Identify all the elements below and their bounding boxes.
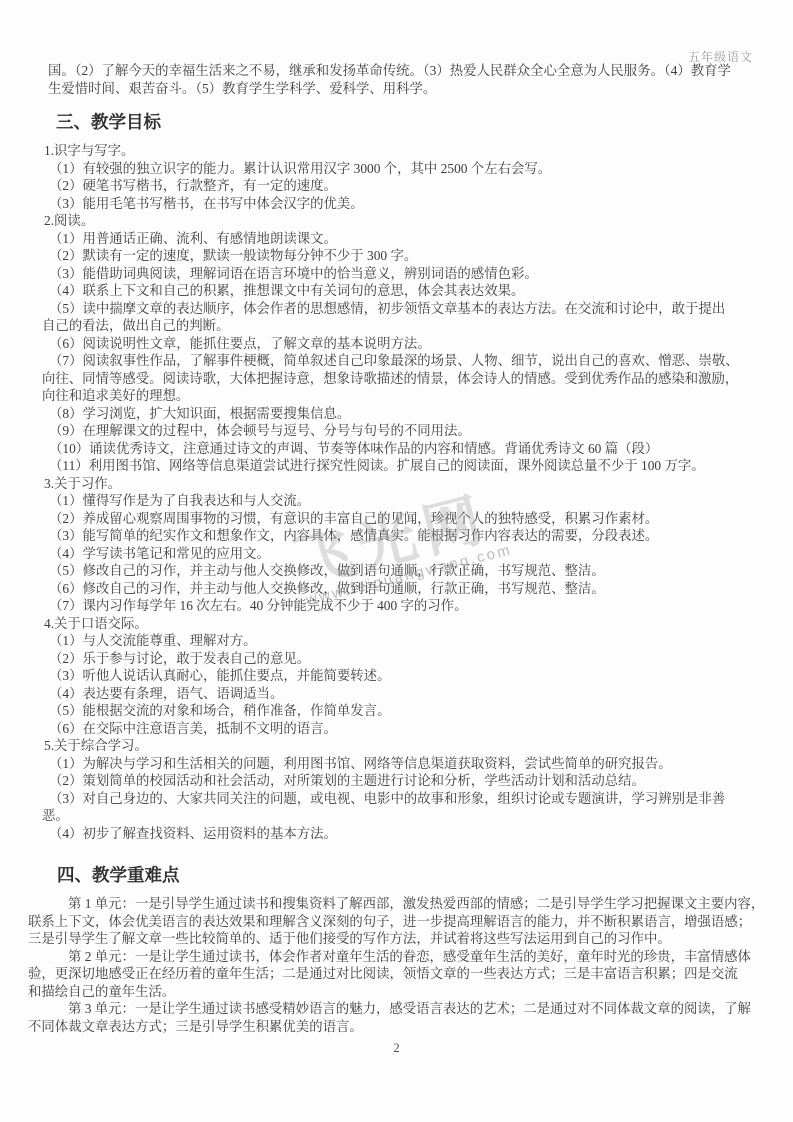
text-line: 1.识字与写字。 [42, 142, 765, 160]
text-line: （1）用普通话正确、流利、有感情地朗读课文。 [42, 230, 765, 248]
document-page: 五年级语文 国。（2）了解今天的幸福生活来之不易，继承和发扬革命传统。（3）热爱… [0, 0, 793, 1122]
text-line: （3）能用毛笔书写楷书，在书写中体会汉字的优美。 [42, 195, 765, 213]
text-line: （7）课内习作每学年 16 次左右。40 分钟能完成不少于 400 字的习作。 [42, 597, 765, 615]
text-line: （1）有较强的独立识字的能力。累计认识常用汉字 3000 个，其中 2500 个… [42, 160, 765, 178]
text-line: （8）学习浏览，扩大知识面，根据需要搜集信息。 [42, 405, 765, 423]
section-teaching-objectives: 三、教学目标 1.识字与写字。（1）有较强的独立识字的能力。累计认识常用汉字 3… [42, 109, 765, 842]
text-line: 4.关于口语交际。 [42, 615, 765, 633]
text-line: 三是引导学生了解文章一些比较简单的、适于他们接受的写作方法，并试着将这些写法运用… [28, 930, 775, 948]
text-line: （4）学写读书笔记和常见的应用文。 [42, 545, 765, 563]
text-line: 3.关于习作。 [42, 475, 765, 493]
text-line: （6）阅读说明性文章，能抓住要点，了解文章的基本说明方法。 [42, 335, 765, 353]
text-line: （5）修改自己的习作，并主动与他人交换修改，做到语句通顺，行款正确，书写规范、整… [42, 562, 765, 580]
text-line: 验，更深切地感受正在经历着的童年生活；二是通过对比阅读，领悟文章的一些表达方式；… [28, 965, 775, 983]
text-line: 恶。 [42, 807, 765, 825]
page-number: 2 [0, 1040, 793, 1056]
section-key-difficult-points: 四、教学重难点 第 1 单元：一是引导学生通过读书和搜集资料了解西部，激发热爱西… [28, 862, 775, 1035]
text-line: 和描绘自己的童年生活。 [28, 983, 775, 1001]
section-body: 1.识字与写字。（1）有较强的独立识字的能力。累计认识常用汉字 3000 个，其… [42, 142, 765, 842]
text-line: （4）表达要有条理，语气、语调适当。 [42, 685, 765, 703]
text-line: 5.关于综合学习。 [42, 737, 765, 755]
text-line: （1）为解决与学习和生活相关的问题，利用图书馆、网络等信息渠道获取资料，尝试些简… [42, 755, 765, 773]
text-line: 国。（2）了解今天的幸福生活来之不易，继承和发扬革命传统。（3）热爱人民群众全心… [42, 62, 765, 80]
text-line: 联系上下文，体会优美语言的表达效果和理解含义深刻的句子，进一步提高理解语言的能力… [28, 913, 775, 931]
text-line: 自己的看法，做出自己的判断。 [42, 317, 765, 335]
text-line: （2）策划简单的校园活动和社会活动，对所策划的主题进行讨论和分析，学些活动计划和… [42, 772, 765, 790]
text-line: （3）对自己身边的、大家共同关注的问题，或电视、电影中的故事和形象，组织讨论或专… [42, 790, 765, 808]
text-line: （2）养成留心观察周围事物的习惯，有意识的丰富自己的见闻，珍视个人的独特感受，积… [42, 510, 765, 528]
text-line: （11）利用图书馆、网络等信息渠道尝试进行探究性阅读。扩展自己的阅读面，课外阅读… [42, 457, 765, 475]
text-line: （1）与人交流能尊重、理解对方。 [42, 632, 765, 650]
text-line: （2）硬笔书写楷书，行款整齐，有一定的速度。 [42, 177, 765, 195]
text-line: （5）能根据交流的对象和场合，稍作准备，作简单发言。 [42, 702, 765, 720]
text-line: （6）修改自己的习作，并主动与他人交换修改，做到语句通顺，行款正确，书写规范、整… [42, 580, 765, 598]
text-line: 第 2 单元：一是让学生通过读书，体会作者对童年生活的眷恋，感受童年生活的美好，… [28, 948, 775, 966]
text-line: 生爱惜时间、艰苦奋斗。（5）教育学生学科学、爱科学、用科学。 [42, 80, 765, 98]
document-content: 国。（2）了解今天的幸福生活来之不易，继承和发扬革命传统。（3）热爱人民群众全心… [42, 62, 765, 1035]
section-body: 第 1 单元：一是引导学生通过读书和搜集资料了解西部，激发热爱西部的情感；二是引… [28, 895, 775, 1035]
section-heading: 三、教学目标 [56, 109, 765, 135]
text-line: 不同体裁文章表达方式；三是引导学生积累优美的语言。 [28, 1018, 775, 1036]
text-line: （10）诵读优秀诗文，注意通过诗文的声调、节奏等体味作品的内容和情感。背诵优秀诗… [42, 440, 765, 458]
text-line: 第 3 单元：一是让学生通过读书感受精妙语言的魅力，感受语言表达的艺术；二是通过… [28, 1000, 775, 1018]
text-line: （9）在理解课文的过程中，体会顿号与逗号、分号与句号的不同用法。 [42, 422, 765, 440]
text-line: （4）初步了解查找资料、运用资料的基本方法。 [42, 825, 765, 843]
text-line: 第 1 单元：一是引导学生通过读书和搜集资料了解西部，激发热爱西部的情感；二是引… [28, 895, 775, 913]
text-line: 向往和追求美好的理想。 [42, 387, 765, 405]
text-line: （3）能写简单的纪实作文和想象作文，内容具体，感情真实。能根据习作内容表达的需要… [42, 527, 765, 545]
text-line: （6）在交际中注意语言美，抵制不文明的语言。 [42, 720, 765, 738]
section-heading: 四、教学重难点 [57, 862, 775, 888]
text-line: 向往、同情等感受。阅读诗歌，大体把握诗意，想象诗歌描述的情景，体会诗人的情感。受… [42, 370, 765, 388]
text-line: （3）听他人说话认真耐心，能抓住要点，并能简要转述。 [42, 667, 765, 685]
text-line: （7）阅读叙事性作品，了解事件梗概，简单叙述自己印象最深的场景、人物、细节，说出… [42, 352, 765, 370]
text-line: （2）默读有一定的速度，默读一般读物每分钟不少于 300 字。 [42, 247, 765, 265]
text-line: （3）能借助词典阅读，理解词语在语言环境中的恰当意义，辨别词语的感情色彩。 [42, 265, 765, 283]
text-line: （2）乐于参与讨论，敢于发表自己的意见。 [42, 650, 765, 668]
intro-paragraph: 国。（2）了解今天的幸福生活来之不易，继承和发扬革命传统。（3）热爱人民群众全心… [42, 62, 765, 97]
text-line: （5）读中揣摩文章的表达顺序，体会作者的思想感情，初步领悟文章基本的表达方法。在… [42, 300, 765, 318]
text-line: （4）联系上下文和自己的积累，推想课文中有关词句的意思，体会其表达效果。 [42, 282, 765, 300]
text-line: （1）懂得写作是为了自我表达和与人交流。 [42, 492, 765, 510]
text-line: 2.阅读。 [42, 212, 765, 230]
